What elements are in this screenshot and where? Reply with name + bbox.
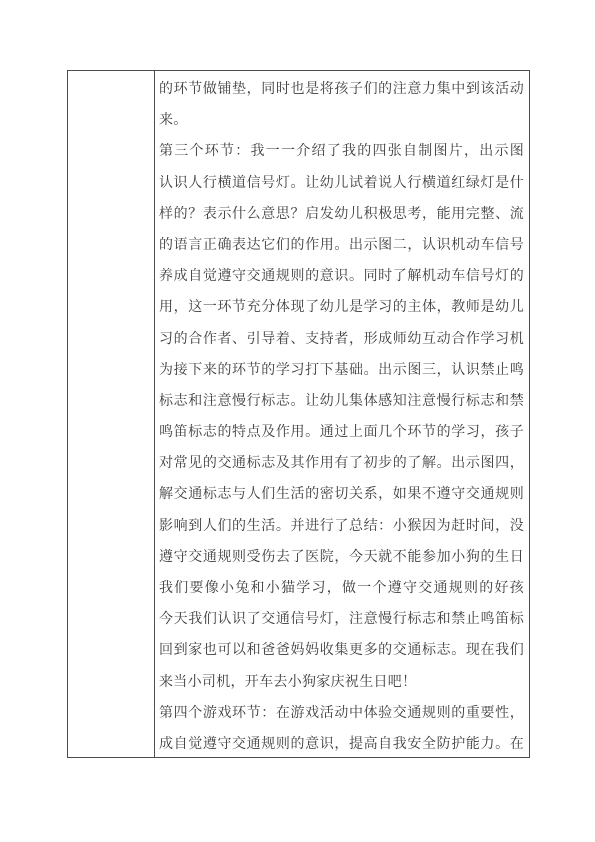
- table-content-cell: 的环节做铺垫，同时也是将孩子们的注意力集中到该活动中来。第三个环节：我一一介绍了…: [155, 71, 529, 757]
- text-line: 回到家也可以和爸爸妈妈收集更多的交通标志。现在我们都: [159, 635, 524, 666]
- text-line: 的语言正确表达它们的作用。出示图二，认识机动车信号灯，: [159, 230, 524, 261]
- text-line: 第三个环节：我一一介绍了我的四张自制图片，出示图一，: [159, 136, 524, 167]
- text-line: 来。: [159, 105, 524, 136]
- lesson-plan-table: 的环节做铺垫，同时也是将孩子们的注意力集中到该活动中来。第三个环节：我一一介绍了…: [67, 70, 530, 758]
- text-line: 今天我们认识了交通信号灯，注意慢行标志和禁止鸣笛标志，: [159, 604, 524, 635]
- text-line: 的环节做铺垫，同时也是将孩子们的注意力集中到该活动中: [159, 74, 524, 105]
- text-line: 样的？表示什么意思？启发幼儿积极思考，能用完整、流畅: [159, 199, 524, 230]
- text-line: 来当小司机，开车去小狗家庆祝生日吧！: [159, 667, 524, 698]
- text-line: 对常见的交通标志及其作用有了初步的了解。出示图四，了: [159, 448, 524, 479]
- table-left-column-cell: [68, 71, 155, 757]
- text-line: 养成自觉遵守交通规则的意识。同时了解机动车信号灯的作: [159, 261, 524, 292]
- text-line: 习的合作者、引导着、支持者，形成师幼互动合作学习机制，: [159, 324, 524, 355]
- text-line: 认识人行横道信号灯。让幼儿试着说人行横道红绿灯是什么: [159, 168, 524, 199]
- text-line: 第四个游戏环节：在游戏活动中体验交通规则的重要性，养: [159, 698, 524, 729]
- text-line: 遵守交通规则受伤去了医院，今天就不能参加小狗的生日了。: [159, 542, 524, 573]
- text-line: 鸣笛标志的特点及作用。通过上面几个环节的学习，孩子们: [159, 417, 524, 448]
- document-page: 的环节做铺垫，同时也是将孩子们的注意力集中到该活动中来。第三个环节：我一一介绍了…: [0, 0, 595, 842]
- text-line: 成自觉遵守交通规则的意识，提高自我安全防护能力。在这: [159, 729, 524, 757]
- text-line: 解交通标志与人们生活的密切关系，如果不遵守交通规则会: [159, 479, 524, 510]
- text-line: 标志和注意慢行标志。让幼儿集体感知注意慢行标志和禁止: [159, 386, 524, 417]
- text-line: 为接下来的环节的学习打下基础。出示图三，认识禁止鸣笛: [159, 355, 524, 386]
- text-line: 影响到人们的生活。并进行了总结：小猴因为赶时间，没有: [159, 511, 524, 542]
- text-line: 我们要像小兔和小猫学习，做一个遵守交通规则的好孩子。: [159, 573, 524, 604]
- text-line: 用，这一环节充分体现了幼儿是学习的主体，教师是幼儿学: [159, 292, 524, 323]
